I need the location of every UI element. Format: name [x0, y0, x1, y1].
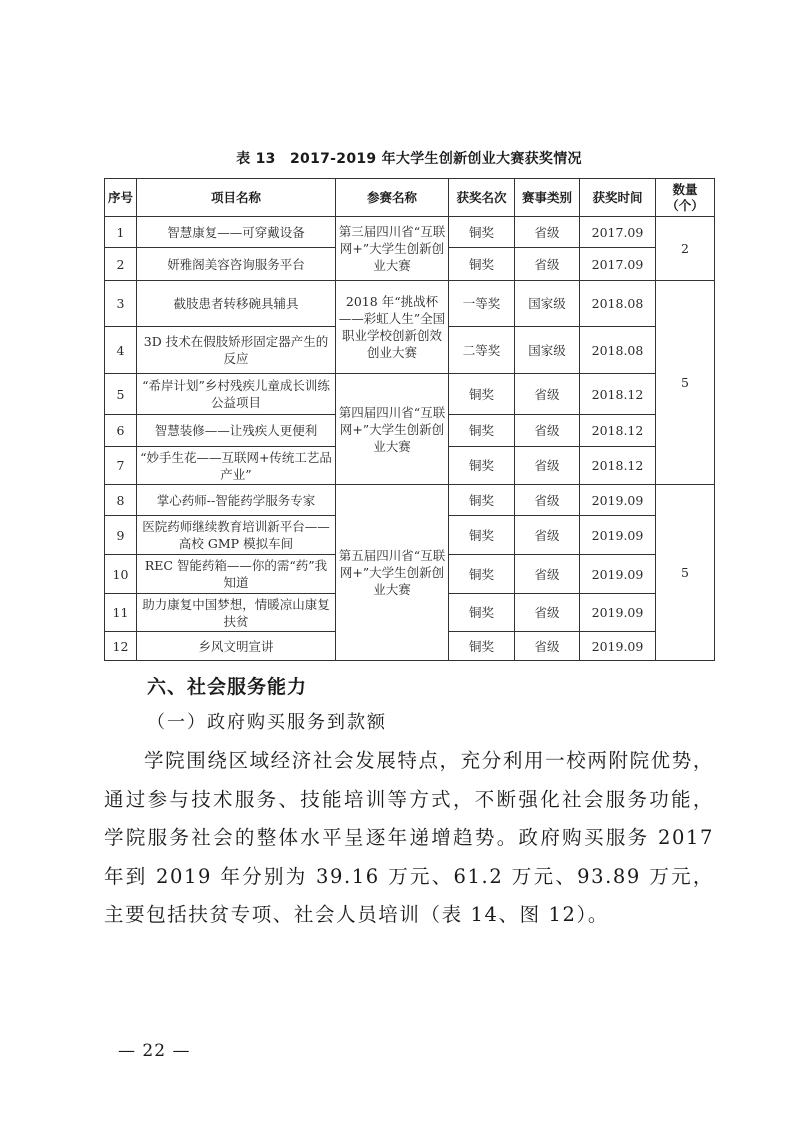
cell-rank: 一等奖 — [449, 281, 515, 327]
cell-no: 1 — [105, 217, 137, 248]
cell-rank: 铜奖 — [449, 447, 515, 485]
cell-level: 省级 — [515, 248, 580, 281]
cell-level: 省级 — [515, 594, 580, 632]
header-project: 项目名称 — [137, 179, 336, 217]
cell-date: 2017.09 — [580, 217, 656, 248]
cell-level: 省级 — [515, 516, 580, 555]
cell-no: 10 — [105, 555, 137, 594]
cell-date: 2019.09 — [580, 516, 656, 555]
table-row: 3 截肢患者转移碗具辅具 2018 年“挑战杯——彩虹人生”全国职业学校创新创效… — [105, 281, 715, 327]
cell-count: 2 — [656, 217, 715, 281]
cell-project: 智慧装修——让残疾人更便利 — [137, 415, 336, 447]
cell-project: 3D 技术在假肢矫形固定器产生的反应 — [137, 327, 336, 374]
awards-table: 序号 项目名称 参赛名称 获奖名次 赛事类别 获奖时间 数量（个） 1 智慧康复… — [104, 178, 715, 661]
cell-no: 7 — [105, 447, 137, 485]
cell-level: 省级 — [515, 555, 580, 594]
cell-rank: 铜奖 — [449, 217, 515, 248]
cell-no: 9 — [105, 516, 137, 555]
header-rank: 获奖名次 — [449, 179, 515, 217]
section-heading: 六、社会服务能力 — [147, 672, 307, 699]
cell-level: 省级 — [515, 217, 580, 248]
cell-competition: 2018 年“挑战杯——彩虹人生”全国职业学校创新创效创业大赛 — [336, 281, 449, 374]
cell-rank: 铜奖 — [449, 594, 515, 632]
cell-project: 截肢患者转移碗具辅具 — [137, 281, 336, 327]
cell-level: 省级 — [515, 447, 580, 485]
cell-rank: 铜奖 — [449, 248, 515, 281]
table-row: 5 “希岸计划”乡村残疾儿童成长训练公益项目 第四届四川省“互联网+”大学生创新… — [105, 374, 715, 415]
header-level: 赛事类别 — [515, 179, 580, 217]
cell-date: 2019.09 — [580, 555, 656, 594]
cell-date: 2019.09 — [580, 632, 656, 661]
cell-competition: 第四届四川省“互联网+”大学生创新创业大赛 — [336, 374, 449, 485]
cell-rank: 铜奖 — [449, 555, 515, 594]
cell-date: 2018.12 — [580, 415, 656, 447]
cell-level: 省级 — [515, 415, 580, 447]
cell-project: 乡风文明宣讲 — [137, 632, 336, 661]
cell-project: 掌心药师--智能药学服务专家 — [137, 485, 336, 516]
cell-no: 8 — [105, 485, 137, 516]
cell-rank: 铜奖 — [449, 415, 515, 447]
cell-no: 3 — [105, 281, 137, 327]
cell-no: 4 — [105, 327, 137, 374]
cell-date: 2017.09 — [580, 248, 656, 281]
table-row: 8 掌心药师--智能药学服务专家 第五届四川省“互联网+”大学生创新创业大赛 铜… — [105, 485, 715, 516]
body-paragraph: 学院围绕区域经济社会发展特点，充分利用一校两附院优势，通过参与技术服务、技能培训… — [104, 742, 714, 935]
cell-date: 2018.08 — [580, 327, 656, 374]
cell-no: 5 — [105, 374, 137, 415]
page-number: — 22 — — [118, 1041, 190, 1061]
header-date: 获奖时间 — [580, 179, 656, 217]
cell-rank: 铜奖 — [449, 374, 515, 415]
cell-count: 5 — [656, 281, 715, 485]
cell-date: 2018.12 — [580, 374, 656, 415]
table-header-row: 序号 项目名称 参赛名称 获奖名次 赛事类别 获奖时间 数量（个） — [105, 179, 715, 217]
cell-date: 2018.12 — [580, 447, 656, 485]
cell-date: 2018.08 — [580, 281, 656, 327]
cell-rank: 铜奖 — [449, 516, 515, 555]
cell-date: 2019.09 — [580, 594, 656, 632]
cell-no: 2 — [105, 248, 137, 281]
cell-competition: 第三届四川省“互联网+”大学生创新创业大赛 — [336, 217, 449, 281]
cell-competition: 第五届四川省“互联网+”大学生创新创业大赛 — [336, 485, 449, 661]
cell-project: 妍雅阁美容咨询服务平台 — [137, 248, 336, 281]
cell-no: 12 — [105, 632, 137, 661]
cell-project: 医院药师继续教育培训新平台——高校 GMP 模拟车间 — [137, 516, 336, 555]
cell-project: “妙手生花——互联网+传统工艺品产业” — [137, 447, 336, 485]
header-count: 数量（个） — [656, 179, 715, 217]
header-no: 序号 — [105, 179, 137, 217]
table-row: 1 智慧康复——可穿戴设备 第三届四川省“互联网+”大学生创新创业大赛 铜奖 省… — [105, 217, 715, 248]
cell-no: 6 — [105, 415, 137, 447]
table-caption: 表 13 2017-2019 年大学生创新创业大赛获奖情况 — [104, 148, 714, 168]
cell-date: 2019.09 — [580, 485, 656, 516]
cell-level: 省级 — [515, 374, 580, 415]
cell-level: 省级 — [515, 485, 580, 516]
cell-project: 助力康复中国梦想，情暖凉山康复扶贫 — [137, 594, 336, 632]
cell-level: 国家级 — [515, 327, 580, 374]
cell-rank: 铜奖 — [449, 632, 515, 661]
cell-level: 省级 — [515, 632, 580, 661]
cell-rank: 二等奖 — [449, 327, 515, 374]
cell-rank: 铜奖 — [449, 485, 515, 516]
cell-level: 国家级 — [515, 281, 580, 327]
cell-project: REC 智能药箱——你的需“药”我知道 — [137, 555, 336, 594]
cell-project: “希岸计划”乡村残疾儿童成长训练公益项目 — [137, 374, 336, 415]
header-competition: 参赛名称 — [336, 179, 449, 217]
cell-no: 11 — [105, 594, 137, 632]
cell-count: 5 — [656, 485, 715, 661]
section-subheading: （一）政府购买服务到款额 — [147, 708, 387, 734]
cell-project: 智慧康复——可穿戴设备 — [137, 217, 336, 248]
